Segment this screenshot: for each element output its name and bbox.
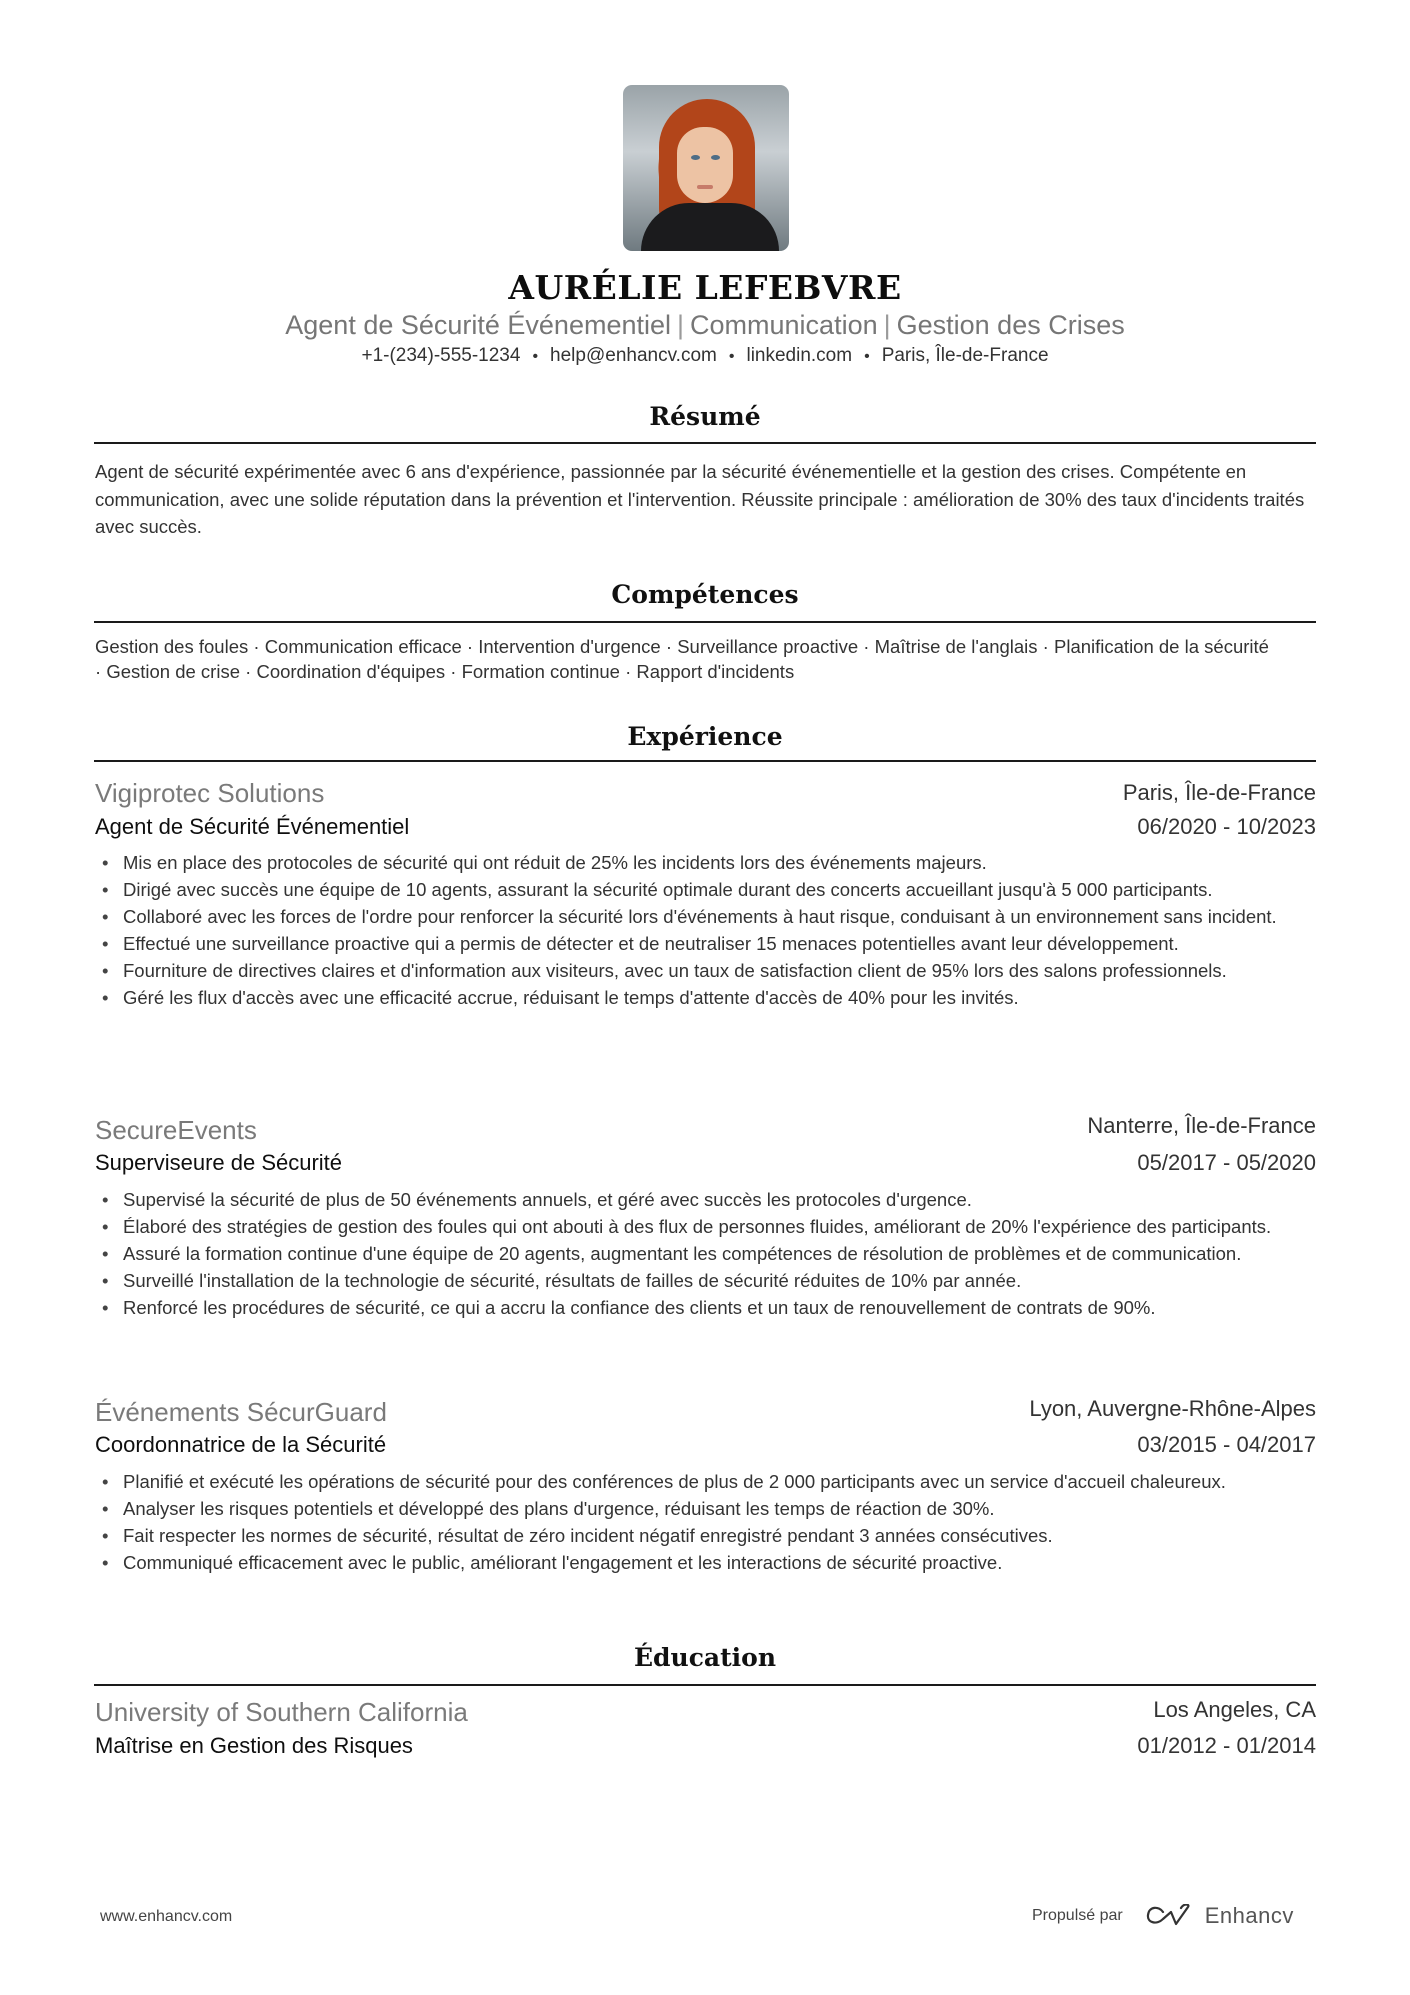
skill-separator: · [445,661,461,682]
linkedin-link[interactable]: linkedin.com [746,345,852,366]
photo-lips [697,185,713,189]
bullet-item: Assuré la formation continue d'une équip… [95,1240,1317,1267]
skill-separator: · [661,636,677,657]
skill-separator: · [240,661,256,682]
headline-item: Gestion des Crises [897,310,1125,340]
job-bullets: Mis en place des protocoles de sécurité … [95,849,1317,1011]
job-role: Superviseure de Sécurité [95,1150,342,1176]
profile-photo [623,85,789,251]
section-divider [94,621,1316,623]
bullet-item: Supervisé la sécurité de plus de 50 évén… [95,1186,1317,1213]
skill-separator: · [95,661,106,682]
section-divider [94,442,1316,444]
job-dates: 03/2015 - 04/2017 [1137,1432,1316,1458]
bullet-item: Analyser les risques potentiels et dével… [95,1495,1317,1522]
photo-eye [691,155,700,160]
photo-eye [711,155,720,160]
bullet-item: Fourniture de directives claires et d'in… [95,957,1317,984]
enhancv-logo-icon [1145,1904,1191,1928]
bullet-item: Surveillé l'installation de la technolog… [95,1267,1317,1294]
skills-list: Gestion des foules · Communication effic… [95,634,1275,684]
skill-item: Maîtrise de l'anglais [875,636,1038,657]
job-bullets: Planifié et exécuté les opérations de sé… [95,1468,1317,1576]
headline-separator: | [878,310,897,340]
bullet-item: Communiqué efficacement avec le public, … [95,1549,1317,1576]
skill-separator: · [620,661,636,682]
school-location: Los Angeles, CA [1153,1697,1316,1723]
section-title-experience: Expérience [94,722,1316,751]
skill-separator: · [248,636,264,657]
headline-separator: | [671,310,690,340]
bullet-item: Élaboré des stratégies de gestion des fo… [95,1213,1317,1240]
skill-item: Coordination d'équipes [256,661,445,682]
company-name: SecureEvents [95,1115,257,1146]
section-title-education: Éducation [94,1643,1316,1672]
job-dates: 05/2017 - 05/2020 [1137,1150,1316,1176]
enhancv-brand[interactable]: Enhancv [1145,1903,1294,1929]
skill-item: Planification de la sécurité [1054,636,1269,657]
bullet-item: Géré les flux d'accès avec une efficacit… [95,984,1317,1011]
job-role: Agent de Sécurité Événementiel [95,814,409,840]
skill-item: Gestion des foules [95,636,248,657]
bullet-item: Mis en place des protocoles de sécurité … [95,849,1317,876]
company-name: Événements SécurGuard [95,1397,387,1428]
skill-item: Formation continue [462,661,620,682]
email-link[interactable]: help@enhancv.com [550,345,717,366]
section-divider [94,760,1316,762]
photo-shoulders [641,203,779,251]
headline: Agent de Sécurité Événementiel|Communica… [0,310,1410,341]
headline-item: Communication [690,310,878,340]
contact-separator: • [520,348,550,365]
job-role: Coordonnatrice de la Sécurité [95,1432,386,1458]
section-divider [94,1684,1316,1686]
candidate-name: AURÉLIE LEFEBVRE [0,268,1410,307]
skill-separator: · [1038,636,1054,657]
photo-face [677,127,733,203]
bullet-item: Dirigé avec succès une équipe de 10 agen… [95,876,1317,903]
job-location: Nanterre, Île-de-France [1087,1113,1316,1139]
footer-powered-by: Propulsé par Enhancv [1032,1903,1294,1929]
brand-name: Enhancv [1205,1903,1294,1929]
skill-item: Surveillance proactive [677,636,858,657]
skill-item: Gestion de crise [106,661,240,682]
education-dates: 01/2012 - 01/2014 [1137,1733,1316,1759]
resume-page: AURÉLIE LEFEBVRE Agent de Sécurité Événe… [0,0,1410,1995]
contact-info: +1-(234)-555-1234•help@enhancv.com•linke… [0,345,1410,367]
job-dates: 06/2020 - 10/2023 [1137,814,1316,840]
bullet-item: Renforcé les procédures de sécurité, ce … [95,1294,1317,1321]
company-name: Vigiprotec Solutions [95,778,324,809]
location: Paris, Île-de-France [882,345,1049,366]
contact-separator: • [852,348,882,365]
job-location: Paris, Île-de-France [1123,780,1316,806]
bullet-item: Fait respecter les normes de sécurité, r… [95,1522,1317,1549]
job-bullets: Supervisé la sécurité de plus de 50 évén… [95,1186,1317,1321]
powered-by-label: Propulsé par [1032,1907,1123,1925]
headline-item: Agent de Sécurité Événementiel [285,310,671,340]
section-title-summary: Résumé [94,402,1316,431]
phone[interactable]: +1-(234)-555-1234 [361,345,520,366]
bullet-item: Planifié et exécuté les opérations de sé… [95,1468,1317,1495]
degree: Maîtrise en Gestion des Risques [95,1733,413,1759]
bullet-item: Collaboré avec les forces de l'ordre pou… [95,903,1317,930]
bullet-item: Effectué une surveillance proactive qui … [95,930,1317,957]
school-name: University of Southern California [95,1697,468,1728]
skill-separator: · [858,636,874,657]
contact-separator: • [717,348,747,365]
summary-text: Agent de sécurité expérimentée avec 6 an… [95,458,1317,541]
section-title-skills: Compétences [94,580,1316,609]
skill-item: Communication efficace [265,636,462,657]
skill-item: Rapport d'incidents [636,661,794,682]
footer-website-link[interactable]: www.enhancv.com [100,1908,232,1926]
skill-item: Intervention d'urgence [478,636,661,657]
job-location: Lyon, Auvergne-Rhône-Alpes [1029,1396,1316,1422]
skill-separator: · [462,636,478,657]
